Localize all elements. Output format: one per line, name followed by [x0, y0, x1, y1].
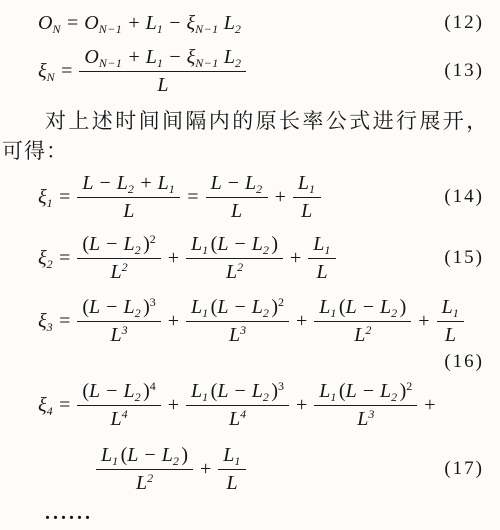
math-token: L: [211, 172, 222, 194]
math-token: L: [123, 200, 134, 222]
equation-row-17-line-1: ξ4=(L−L2)4L4+L1(L−L2)3L4+L1(L−L2)2L3+: [0, 372, 500, 438]
math-token: ON: [38, 12, 61, 35]
math-token: +: [290, 394, 313, 417]
math-token: +: [269, 186, 292, 209]
paragraph-line-2: 可得：: [0, 136, 500, 166]
math-token: L2: [380, 380, 398, 402]
math-token: +: [162, 394, 185, 417]
math-token: −: [100, 380, 123, 402]
math-token: L2: [226, 261, 243, 283]
math-token: ξ1: [38, 186, 53, 209]
math-token: L: [127, 444, 138, 466]
math-token: =: [53, 310, 76, 333]
math-token: L: [445, 324, 456, 346]
math-token: =: [181, 186, 204, 209]
math-token: −: [93, 172, 116, 194]
math-token: L: [231, 200, 242, 222]
math-token: +: [284, 247, 307, 270]
math-token: L1: [319, 380, 337, 402]
math-fraction: L−L2L: [206, 172, 268, 223]
math-token: +: [418, 394, 441, 417]
equation-row-15: ξ2=(L−L2)2L2+L1(L−L2)L2+L1L (15): [0, 226, 500, 290]
paper-page: ON=ON−1+L1−ξN−1L2 (12) ξN=ON−1+L1−ξN−1L2…: [0, 0, 500, 530]
equation-number-13: (13): [436, 60, 484, 82]
math-token: −: [228, 380, 251, 402]
math-token: +: [194, 458, 217, 481]
equation-number-17: (17): [436, 458, 484, 480]
math-fraction: (L−L2)2L2: [77, 233, 160, 284]
math-token: L2: [252, 296, 270, 318]
math-fraction: L1L: [293, 172, 321, 223]
math-token: L4: [229, 408, 246, 430]
math-token: L2: [224, 12, 242, 35]
equation-row-13: ξN=ON−1+L1−ξN−1L2L (13): [0, 42, 500, 100]
math-token: L3: [229, 324, 246, 346]
equation-17-line-2: L1(L−L2)L2+L1L: [38, 444, 247, 495]
math-token: L: [217, 233, 228, 255]
math-token: ξN−1: [187, 12, 219, 35]
math-token: L: [217, 380, 228, 402]
math-token: L1: [223, 444, 241, 466]
math-token: L2: [123, 380, 141, 402]
math-fraction: L1L: [308, 233, 336, 284]
paragraph-line-1: 对上述时间间隔内的原长率公式进行展开，: [0, 106, 500, 136]
math-token: L: [346, 296, 357, 318]
math-fraction: (L−L2)3L3: [77, 296, 160, 347]
equation-number-12: (12): [436, 12, 484, 34]
math-fraction: L1(L−L2)2L3: [186, 296, 289, 347]
math-token: L2: [117, 172, 135, 194]
math-token: ξ3: [38, 310, 53, 333]
math-fraction: (L−L2)4L4: [77, 380, 160, 431]
continuation-ellipsis: ......: [0, 502, 500, 524]
math-token: L: [217, 296, 228, 318]
math-token: L1: [191, 296, 209, 318]
math-fraction: L1L: [437, 296, 465, 347]
math-fraction: L1(L−L2)L2: [96, 444, 193, 495]
math-token: L2: [110, 261, 127, 283]
equation-row-12: ON=ON−1+L1−ξN−1L2 (12): [0, 4, 500, 42]
equation-row-17-line-2: L1(L−L2)L2+L1L (17): [0, 438, 500, 500]
paragraph: 对上述时间间隔内的原长率公式进行展开， 可得：: [0, 106, 500, 166]
math-token: L2: [252, 233, 270, 255]
math-token: +: [162, 247, 185, 270]
math-token: −: [228, 296, 251, 318]
math-token: L1: [191, 380, 209, 402]
math-token: L1: [101, 444, 119, 466]
math-token: L2: [380, 296, 398, 318]
equation-number-16: (16): [436, 351, 484, 373]
math-token: L1: [313, 233, 331, 255]
math-token: (: [339, 380, 346, 402]
equation-12: ON=ON−1+L1−ξN−1L2: [38, 12, 241, 35]
math-token: L2: [245, 172, 263, 194]
math-token: ): [181, 444, 188, 466]
math-token: −: [228, 233, 251, 255]
math-token: =: [53, 186, 76, 209]
math-token: +: [122, 46, 145, 68]
math-token: )2: [143, 233, 156, 255]
math-token: ξN: [38, 60, 55, 83]
math-token: ): [400, 296, 407, 318]
math-token: L: [346, 380, 357, 402]
math-token: −: [357, 380, 380, 402]
equation-number-row-16: (16): [0, 352, 500, 372]
math-token: L: [89, 380, 100, 402]
math-token: L: [317, 261, 328, 283]
math-token: L2: [354, 324, 371, 346]
math-token: −: [163, 46, 186, 68]
math-fraction: L1(L−L2)L2: [186, 233, 283, 284]
math-token: +: [122, 12, 145, 35]
math-token: L3: [357, 408, 374, 430]
math-token: )4: [143, 380, 156, 402]
equation-15: ξ2=(L−L2)2L2+L1(L−L2)L2+L1L: [38, 233, 337, 284]
math-token: ξN−1: [187, 46, 219, 68]
math-token: =: [55, 60, 78, 83]
math-token: =: [53, 394, 76, 417]
math-token: +: [162, 310, 185, 333]
math-token: L: [89, 296, 100, 318]
math-token: )2: [400, 380, 413, 402]
math-token: −: [100, 233, 123, 255]
math-token: ): [271, 233, 278, 255]
math-token: L1: [442, 296, 460, 318]
math-token: L: [301, 200, 312, 222]
math-token: +: [412, 310, 435, 333]
math-token: ON−1: [84, 46, 122, 68]
math-fraction: L−L2+L1L: [77, 172, 180, 223]
math-token: L: [227, 472, 238, 494]
math-token: (: [339, 296, 346, 318]
math-token: L2: [136, 472, 153, 494]
math-token: L2: [123, 296, 141, 318]
math-fraction: L1(L−L2)2L3: [314, 380, 417, 431]
math-token: )3: [143, 296, 156, 318]
equation-17-line-1: ξ4=(L−L2)4L4+L1(L−L2)3L4+L1(L−L2)2L3+: [38, 380, 442, 431]
equation-13: ξN=ON−1+L1−ξN−1L2L: [38, 46, 247, 97]
math-token: L1: [158, 172, 176, 194]
math-token: =: [61, 12, 84, 35]
math-fraction: L1L: [218, 444, 246, 495]
math-fraction: L1(L−L2)L2: [314, 296, 411, 347]
equation-row-16: ξ3=(L−L2)3L3+L1(L−L2)2L3+L1(L−L2)L2+L1L: [0, 290, 500, 352]
math-token: L4: [110, 408, 127, 430]
math-token: L2: [224, 46, 242, 68]
equation-row-14: ξ1=L−L2+L1L=L−L2L+L1L (14): [0, 168, 500, 226]
math-token: L: [89, 233, 100, 255]
math-token: −: [100, 296, 123, 318]
math-token: L2: [162, 444, 180, 466]
math-token: −: [357, 296, 380, 318]
math-token: =: [53, 247, 76, 270]
math-token: L: [82, 172, 93, 194]
math-token: L1: [319, 296, 337, 318]
math-token: L: [157, 74, 168, 96]
math-token: −: [138, 444, 161, 466]
math-token: L3: [110, 324, 127, 346]
equation-number-14: (14): [436, 186, 484, 208]
math-fraction: ON−1+L1−ξN−1L2L: [79, 46, 246, 97]
math-token: L1: [191, 233, 209, 255]
math-fraction: L1(L−L2)3L4: [186, 380, 289, 431]
math-token: L2: [252, 380, 270, 402]
math-token: L1: [146, 12, 164, 35]
math-token: +: [290, 310, 313, 333]
math-token: ξ2: [38, 247, 53, 270]
math-token: L2: [123, 233, 141, 255]
math-token: L1: [298, 172, 316, 194]
math-token: )3: [271, 380, 284, 402]
math-token: )2: [271, 296, 284, 318]
equation-16: ξ3=(L−L2)3L3+L1(L−L2)2L3+L1(L−L2)L2+L1L: [38, 296, 465, 347]
math-token: ON−1: [84, 12, 122, 35]
math-token: −: [163, 12, 186, 35]
math-token: +: [134, 172, 157, 194]
math-token: −: [222, 172, 245, 194]
math-token: ξ4: [38, 394, 53, 417]
equation-number-15: (15): [436, 247, 484, 269]
math-token: L1: [146, 46, 164, 68]
equation-14: ξ1=L−L2+L1L=L−L2L+L1L: [38, 172, 322, 223]
